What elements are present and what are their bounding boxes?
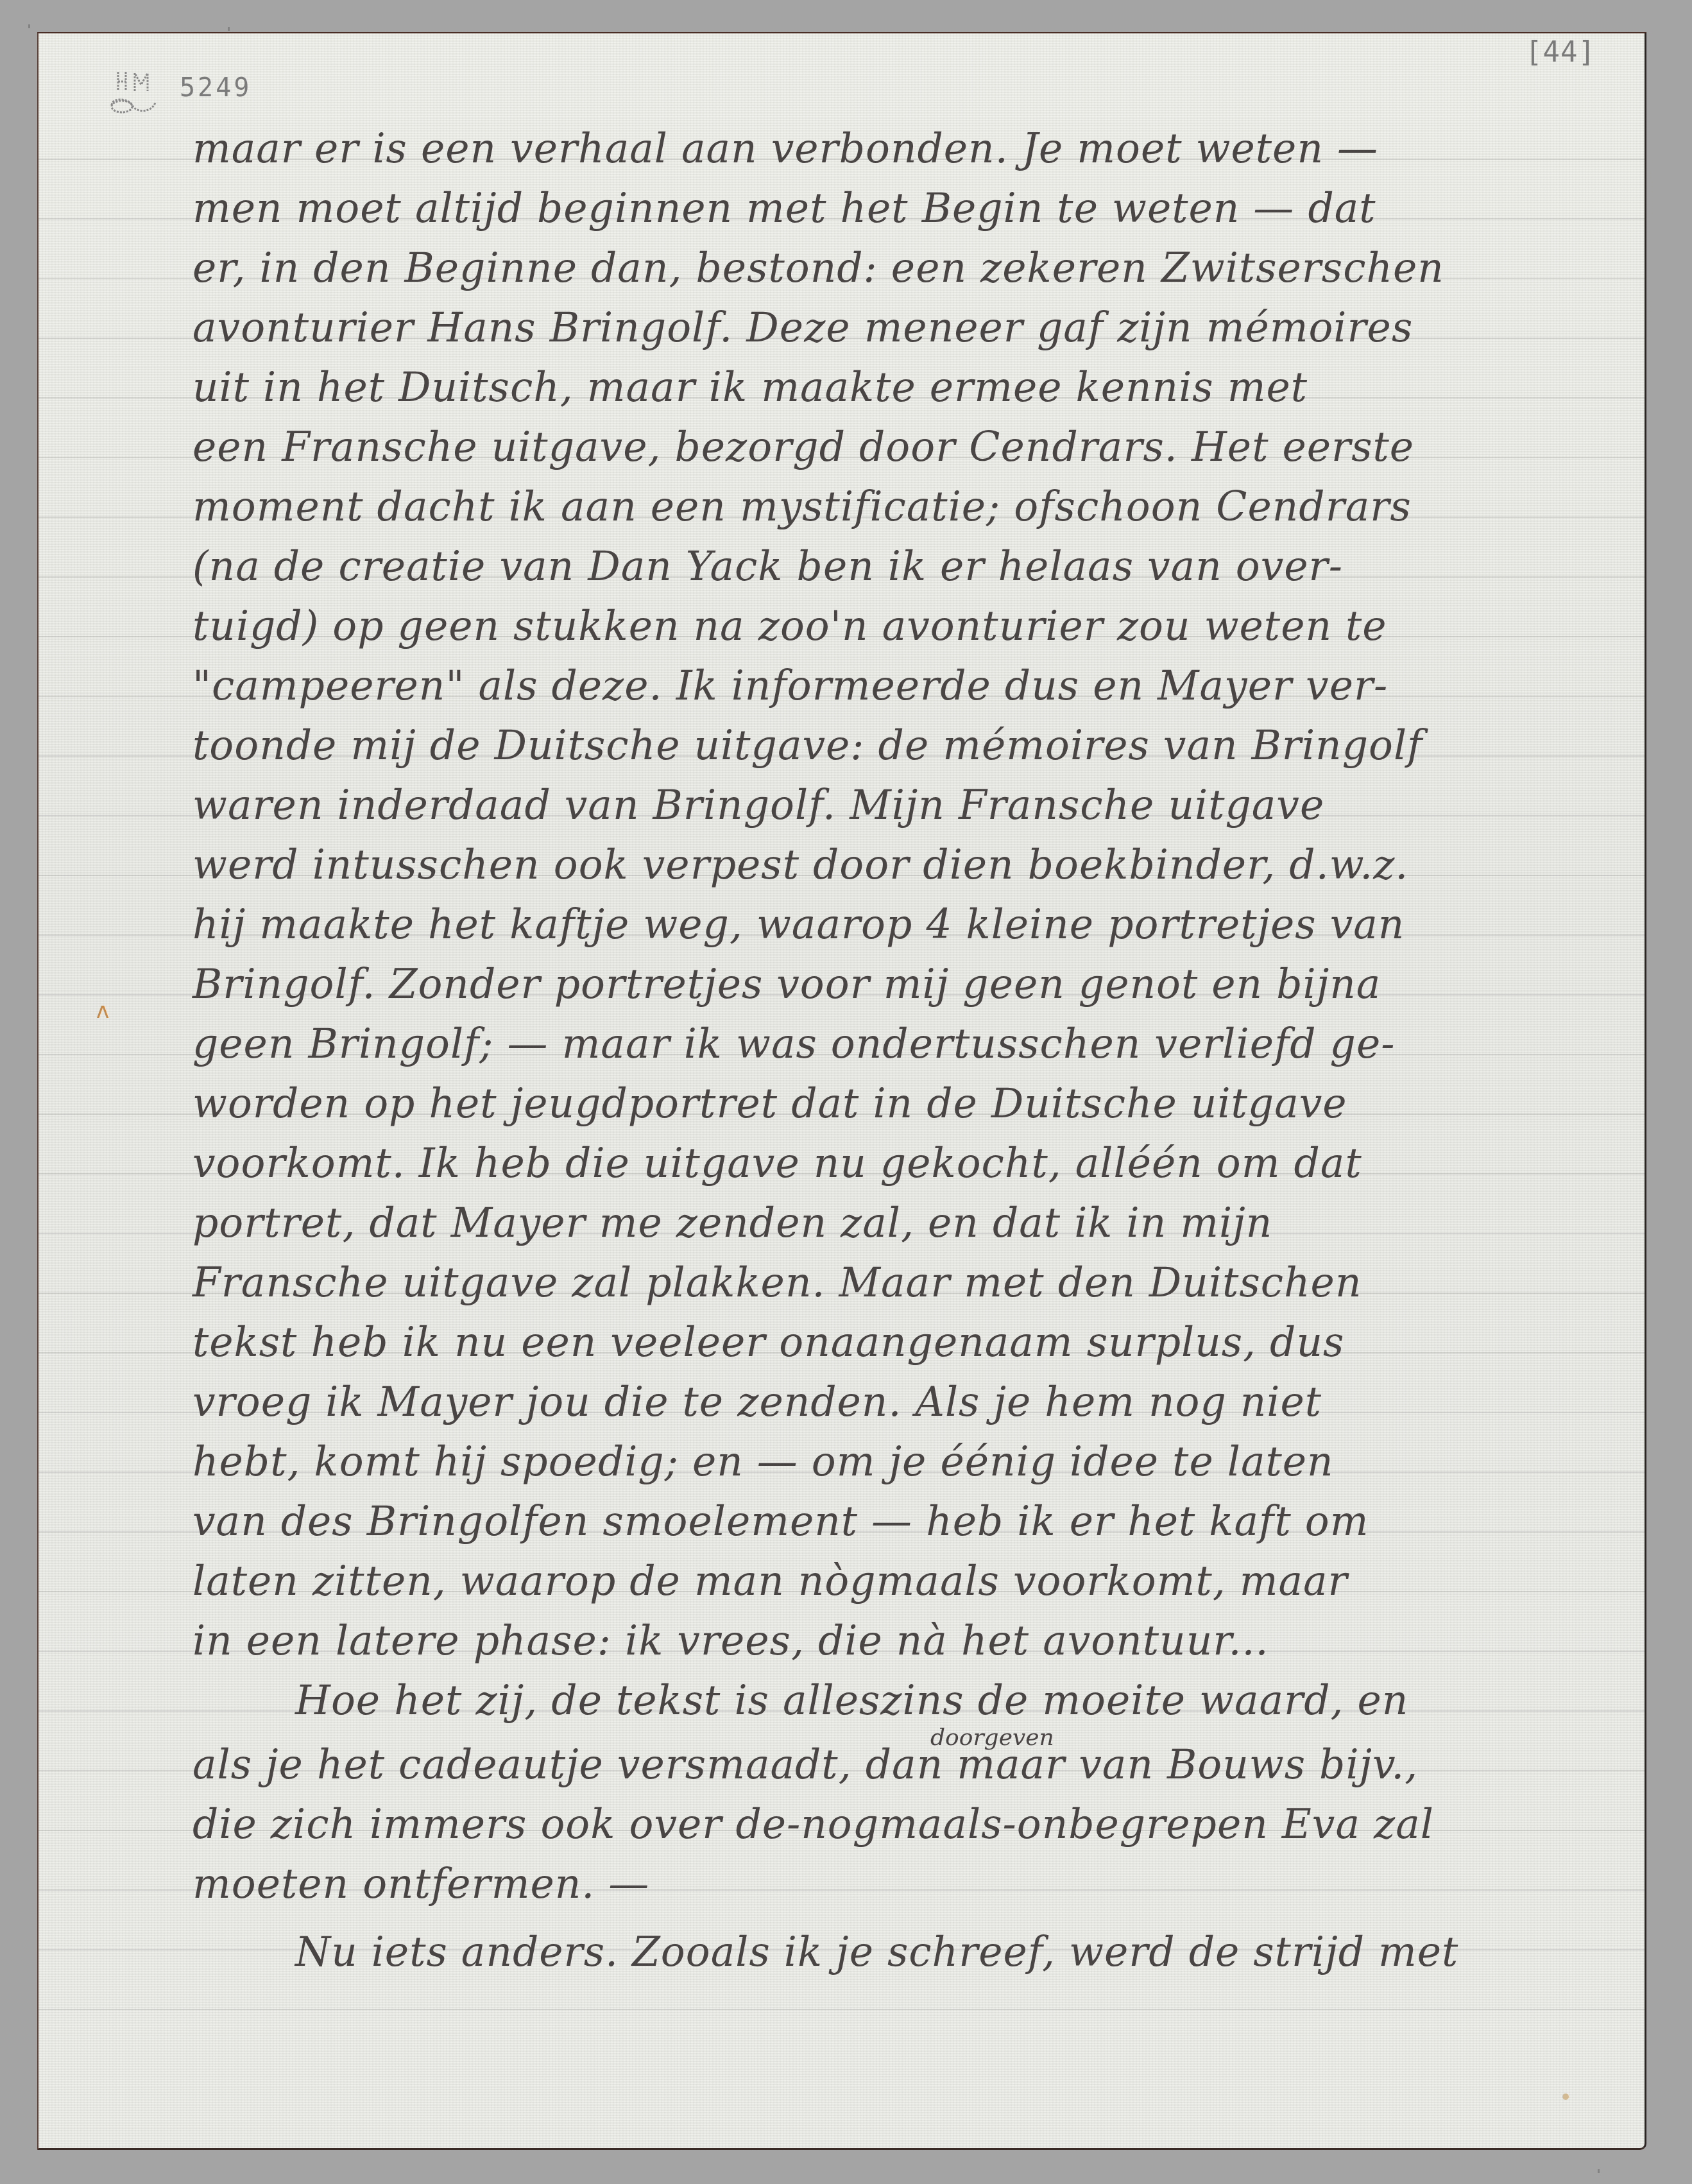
- letter-line: moeten ontfermen. —: [192, 1861, 649, 1907]
- scan-speck: [1598, 2169, 1600, 2173]
- letter-line: worden op het jeugdportret dat in de Dui…: [192, 1080, 1347, 1127]
- letter-line: moment dacht ik aan een mystificatie; of…: [192, 483, 1412, 530]
- letter-line: geen Bringolf; — maar ik was ondertussch…: [192, 1020, 1396, 1067]
- letter-line: hij maakte het kaftje weg, waarop 4 klei…: [192, 901, 1405, 948]
- letter-line: hebt, komt hij spoedig; en — om je éénig…: [192, 1438, 1334, 1485]
- letter-line-paragraph-start: Nu iets anders. Zooals ik je schreef, we…: [295, 1929, 1458, 1975]
- letter-line: men moet altijd beginnen met het Begin t…: [192, 185, 1376, 232]
- scan-speck: [228, 27, 230, 31]
- archive-stamp: 5249: [109, 59, 252, 117]
- archive-number: 5249: [180, 73, 252, 103]
- letter-line: avonturier Hans Bringolf. Deze meneer ga…: [192, 304, 1413, 351]
- letter-line-paragraph-start: Hoe het zij, de tekst is alleszins de mo…: [295, 1677, 1408, 1724]
- scan-speck: [28, 24, 30, 28]
- letter-line: portret, dat Mayer me zenden zal, en dat…: [192, 1199, 1272, 1246]
- letter-line: een Fransche uitgave, bezorgd door Cendr…: [192, 424, 1414, 470]
- letter-line: laten zitten, waarop de man nògmaals voo…: [192, 1558, 1348, 1604]
- letter-line: toonde mij de Duitsche uitgave: de mémoi…: [192, 722, 1423, 769]
- letter-line: tekst heb ik nu een veeleer onaangenaam …: [192, 1319, 1344, 1366]
- paper-stain: [1562, 2094, 1569, 2100]
- margin-mark: ʌ: [96, 998, 109, 1024]
- letter-line: waren inderdaad van Bringolf. Mijn Frans…: [192, 782, 1324, 829]
- letter-line: in een latere phase: ik vrees, die nà he…: [192, 1617, 1269, 1664]
- letter-line: vroeg ik Mayer jou die te zenden. Als je…: [192, 1379, 1322, 1425]
- letter-line: Fransche uitgave zal plakken. Maar met d…: [192, 1259, 1362, 1306]
- letter-line: uit in het Duitsch, maar ik maakte ermee…: [192, 364, 1308, 411]
- letter-line: Bringolf. Zonder portretjes voor mij gee…: [192, 961, 1381, 1008]
- letter-line: maar er is een verhaal aan verbonden. Je…: [192, 125, 1378, 172]
- letter-line: voorkomt. Ik heb die uitgave nu gekocht,…: [192, 1140, 1362, 1187]
- letter-line: werd intusschen ook verpest door dien bo…: [192, 841, 1408, 888]
- letter-line: die zich immers ook over de-nogmaals-onb…: [192, 1801, 1434, 1848]
- museum-logo-icon: [109, 59, 163, 117]
- letter-line: "campeeren" als deze. Ik informeerde dus…: [192, 662, 1388, 709]
- letter-line: als je het cadeautje versmaadt, dan maar…: [192, 1741, 1418, 1788]
- letter-line: er, in den Beginne dan, bestond: een zek…: [192, 245, 1444, 291]
- ruled-line: [38, 2009, 1645, 2010]
- letter-line: (na de creatie van Dan Yack ben ik er he…: [192, 543, 1343, 590]
- letter-line: tuigd) op geen stukken na zoo'n avonturi…: [192, 603, 1387, 649]
- folio-number: [44]: [1525, 36, 1596, 69]
- letter-line: van des Bringolfen smoelement — heb ik e…: [192, 1498, 1369, 1545]
